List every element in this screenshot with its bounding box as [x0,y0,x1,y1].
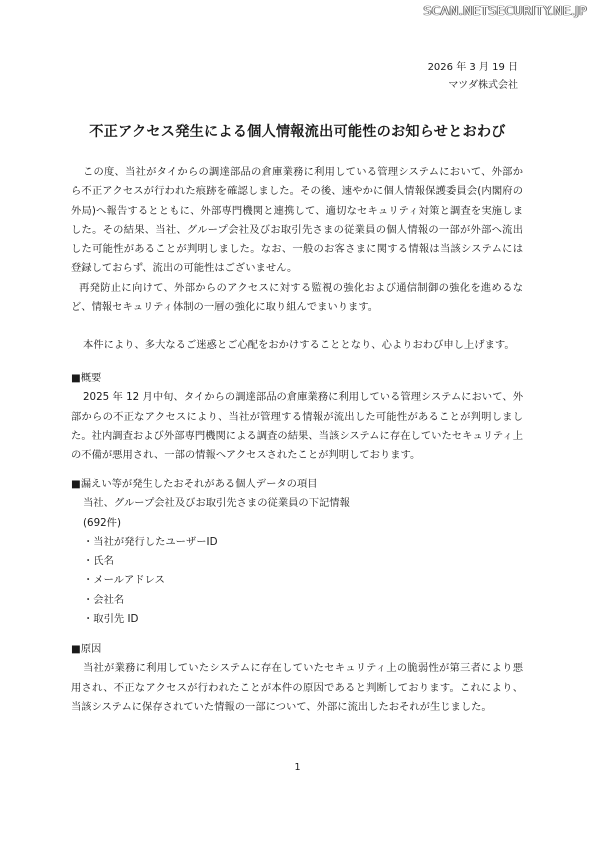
data-items-heading: ■漏えい等が発生したおそれがある個人データの項目 [71,475,523,494]
data-item: ・メールアドレス [71,571,523,590]
cause-section: ■原因 当社が業務に利用していたシステムに存在していたセキュリティ上の脆弱性が第… [71,640,523,717]
overview-heading: ■概要 [71,369,523,388]
company-name: マツダ株式会社 [428,77,518,95]
document-header: 2026 年 3 月 19 日 マツダ株式会社 [428,59,518,95]
data-items-section: ■漏えい等が発生したおそれがある個人データの項目 当社、グループ会社及びお取引先… [71,475,523,629]
intro-block: この度、当社がタイからの調達部品の倉庫業務に利用している管理システムにおいて、外… [71,163,523,317]
apology-paragraph: 本件により、多大なるご迷惑とご心配をおかけすることとなり、心よりおわび申し上げま… [71,336,523,355]
cause-body: 当社が業務に利用していたシステムに存在していたセキュリティ上の脆弱性が第三者によ… [71,659,523,717]
data-items-scope: 当社、グループ会社及びお取引先さまの従業員の下記情報 [71,494,523,513]
data-item: ・会社名 [71,591,523,610]
intro-paragraph-2: 再発防止に向けて、外部からのアクセスに対する監視の強化および通信制御の強化を進め… [71,279,523,318]
cause-heading: ■原因 [71,640,523,659]
data-item: ・氏名 [71,552,523,571]
apology-block: 本件により、多大なるご迷惑とご心配をおかけすることとなり、心よりおわび申し上げま… [71,336,523,355]
issue-date: 2026 年 3 月 19 日 [428,59,518,77]
intro-paragraph-1: この度、当社がタイからの調達部品の倉庫業務に利用している管理システムにおいて、外… [71,163,523,279]
data-item: ・当社が発行したユーザーID [71,533,523,552]
data-item: ・取引先 ID [71,610,523,629]
overview-body: 2025 年 12 月中旬、タイからの調達部品の倉庫業務に利用している管理システ… [71,388,523,465]
overview-section: ■概要 2025 年 12 月中旬、タイからの調達部品の倉庫業務に利用している管… [71,369,523,465]
page-number: 1 [0,762,595,773]
document-title: 不正アクセス発生による個人情報流出可能性のお知らせとおわび [0,121,595,141]
site-watermark: SCAN.NETSECURITY.NE.JP [424,4,587,18]
data-items-count: (692件) [71,514,523,533]
